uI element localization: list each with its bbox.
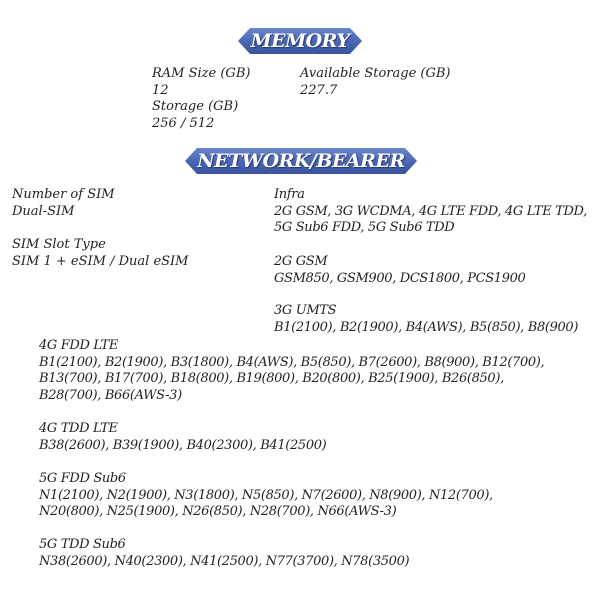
network-section-banner: NETWORK/BEARER	[185, 148, 417, 174]
lte-tdd-4g-field: 4G TDD LTE B38(2600), B39(1900), B40(230…	[39, 421, 326, 454]
lte-fdd-4g-value-line: B28(700), B66(AWS-3)	[39, 388, 544, 405]
ram-size-field: RAM Size (GB) 12	[152, 66, 250, 99]
umts-3g-value: B1(2100), B2(1900), B4(AWS), B5(850), B8…	[274, 320, 578, 337]
ram-size-value: 12	[152, 83, 250, 100]
memory-section-banner: MEMORY	[238, 28, 362, 54]
storage-value: 256 / 512	[152, 116, 238, 133]
lte-fdd-4g-value-line: B13(700), B17(700), B18(800), B19(800), …	[39, 371, 544, 388]
sim-slot-type-field: SIM Slot Type SIM 1 + eSIM / Dual eSIM	[12, 237, 188, 270]
infra-field: Infra 2G GSM, 3G WCDMA, 4G LTE FDD, 4G L…	[274, 187, 587, 237]
gsm-2g-label: 2G GSM	[274, 254, 525, 271]
nr-tdd-5g-field: 5G TDD Sub6 N38(2600), N40(2300), N41(25…	[39, 537, 409, 570]
ram-size-label: RAM Size (GB)	[152, 66, 250, 83]
nr-fdd-5g-label: 5G FDD Sub6	[39, 471, 493, 488]
nr-tdd-5g-value: N38(2600), N40(2300), N41(2500), N77(370…	[39, 554, 409, 571]
nr-tdd-5g-label: 5G TDD Sub6	[39, 537, 409, 554]
available-storage-field: Available Storage (GB) 227.7	[300, 66, 450, 99]
nr-fdd-5g-value-line: N1(2100), N2(1900), N3(1800), N5(850), N…	[39, 488, 493, 505]
lte-fdd-4g-field: 4G FDD LTE B1(2100), B2(1900), B3(1800),…	[39, 338, 544, 404]
lte-tdd-4g-value: B38(2600), B39(1900), B40(2300), B41(250…	[39, 438, 326, 455]
nr-fdd-5g-field: 5G FDD Sub6 N1(2100), N2(1900), N3(1800)…	[39, 471, 493, 521]
sim-slot-type-value: SIM 1 + eSIM / Dual eSIM	[12, 254, 188, 271]
available-storage-label: Available Storage (GB)	[300, 66, 450, 83]
number-of-sim-value: Dual-SIM	[12, 204, 115, 221]
infra-value-line: 5G Sub6 FDD, 5G Sub6 TDD	[274, 220, 587, 237]
storage-label: Storage (GB)	[152, 99, 238, 116]
storage-field: Storage (GB) 256 / 512	[152, 99, 238, 132]
umts-3g-label: 3G UMTS	[274, 303, 578, 320]
infra-label: Infra	[274, 187, 587, 204]
lte-tdd-4g-label: 4G TDD LTE	[39, 421, 326, 438]
number-of-sim-label: Number of SIM	[12, 187, 115, 204]
infra-value-line: 2G GSM, 3G WCDMA, 4G LTE FDD, 4G LTE TDD…	[274, 204, 587, 221]
gsm-2g-value: GSM850, GSM900, DCS1800, PCS1900	[274, 271, 525, 288]
sim-slot-type-label: SIM Slot Type	[12, 237, 188, 254]
lte-fdd-4g-value-line: B1(2100), B2(1900), B3(1800), B4(AWS), B…	[39, 355, 544, 372]
nr-fdd-5g-value-line: N20(800), N25(1900), N26(850), N28(700),…	[39, 504, 493, 521]
number-of-sim-field: Number of SIM Dual-SIM	[12, 187, 115, 220]
available-storage-value: 227.7	[300, 83, 450, 100]
gsm-2g-field: 2G GSM GSM850, GSM900, DCS1800, PCS1900	[274, 254, 525, 287]
umts-3g-field: 3G UMTS B1(2100), B2(1900), B4(AWS), B5(…	[274, 303, 578, 336]
lte-fdd-4g-label: 4G FDD LTE	[39, 338, 544, 355]
